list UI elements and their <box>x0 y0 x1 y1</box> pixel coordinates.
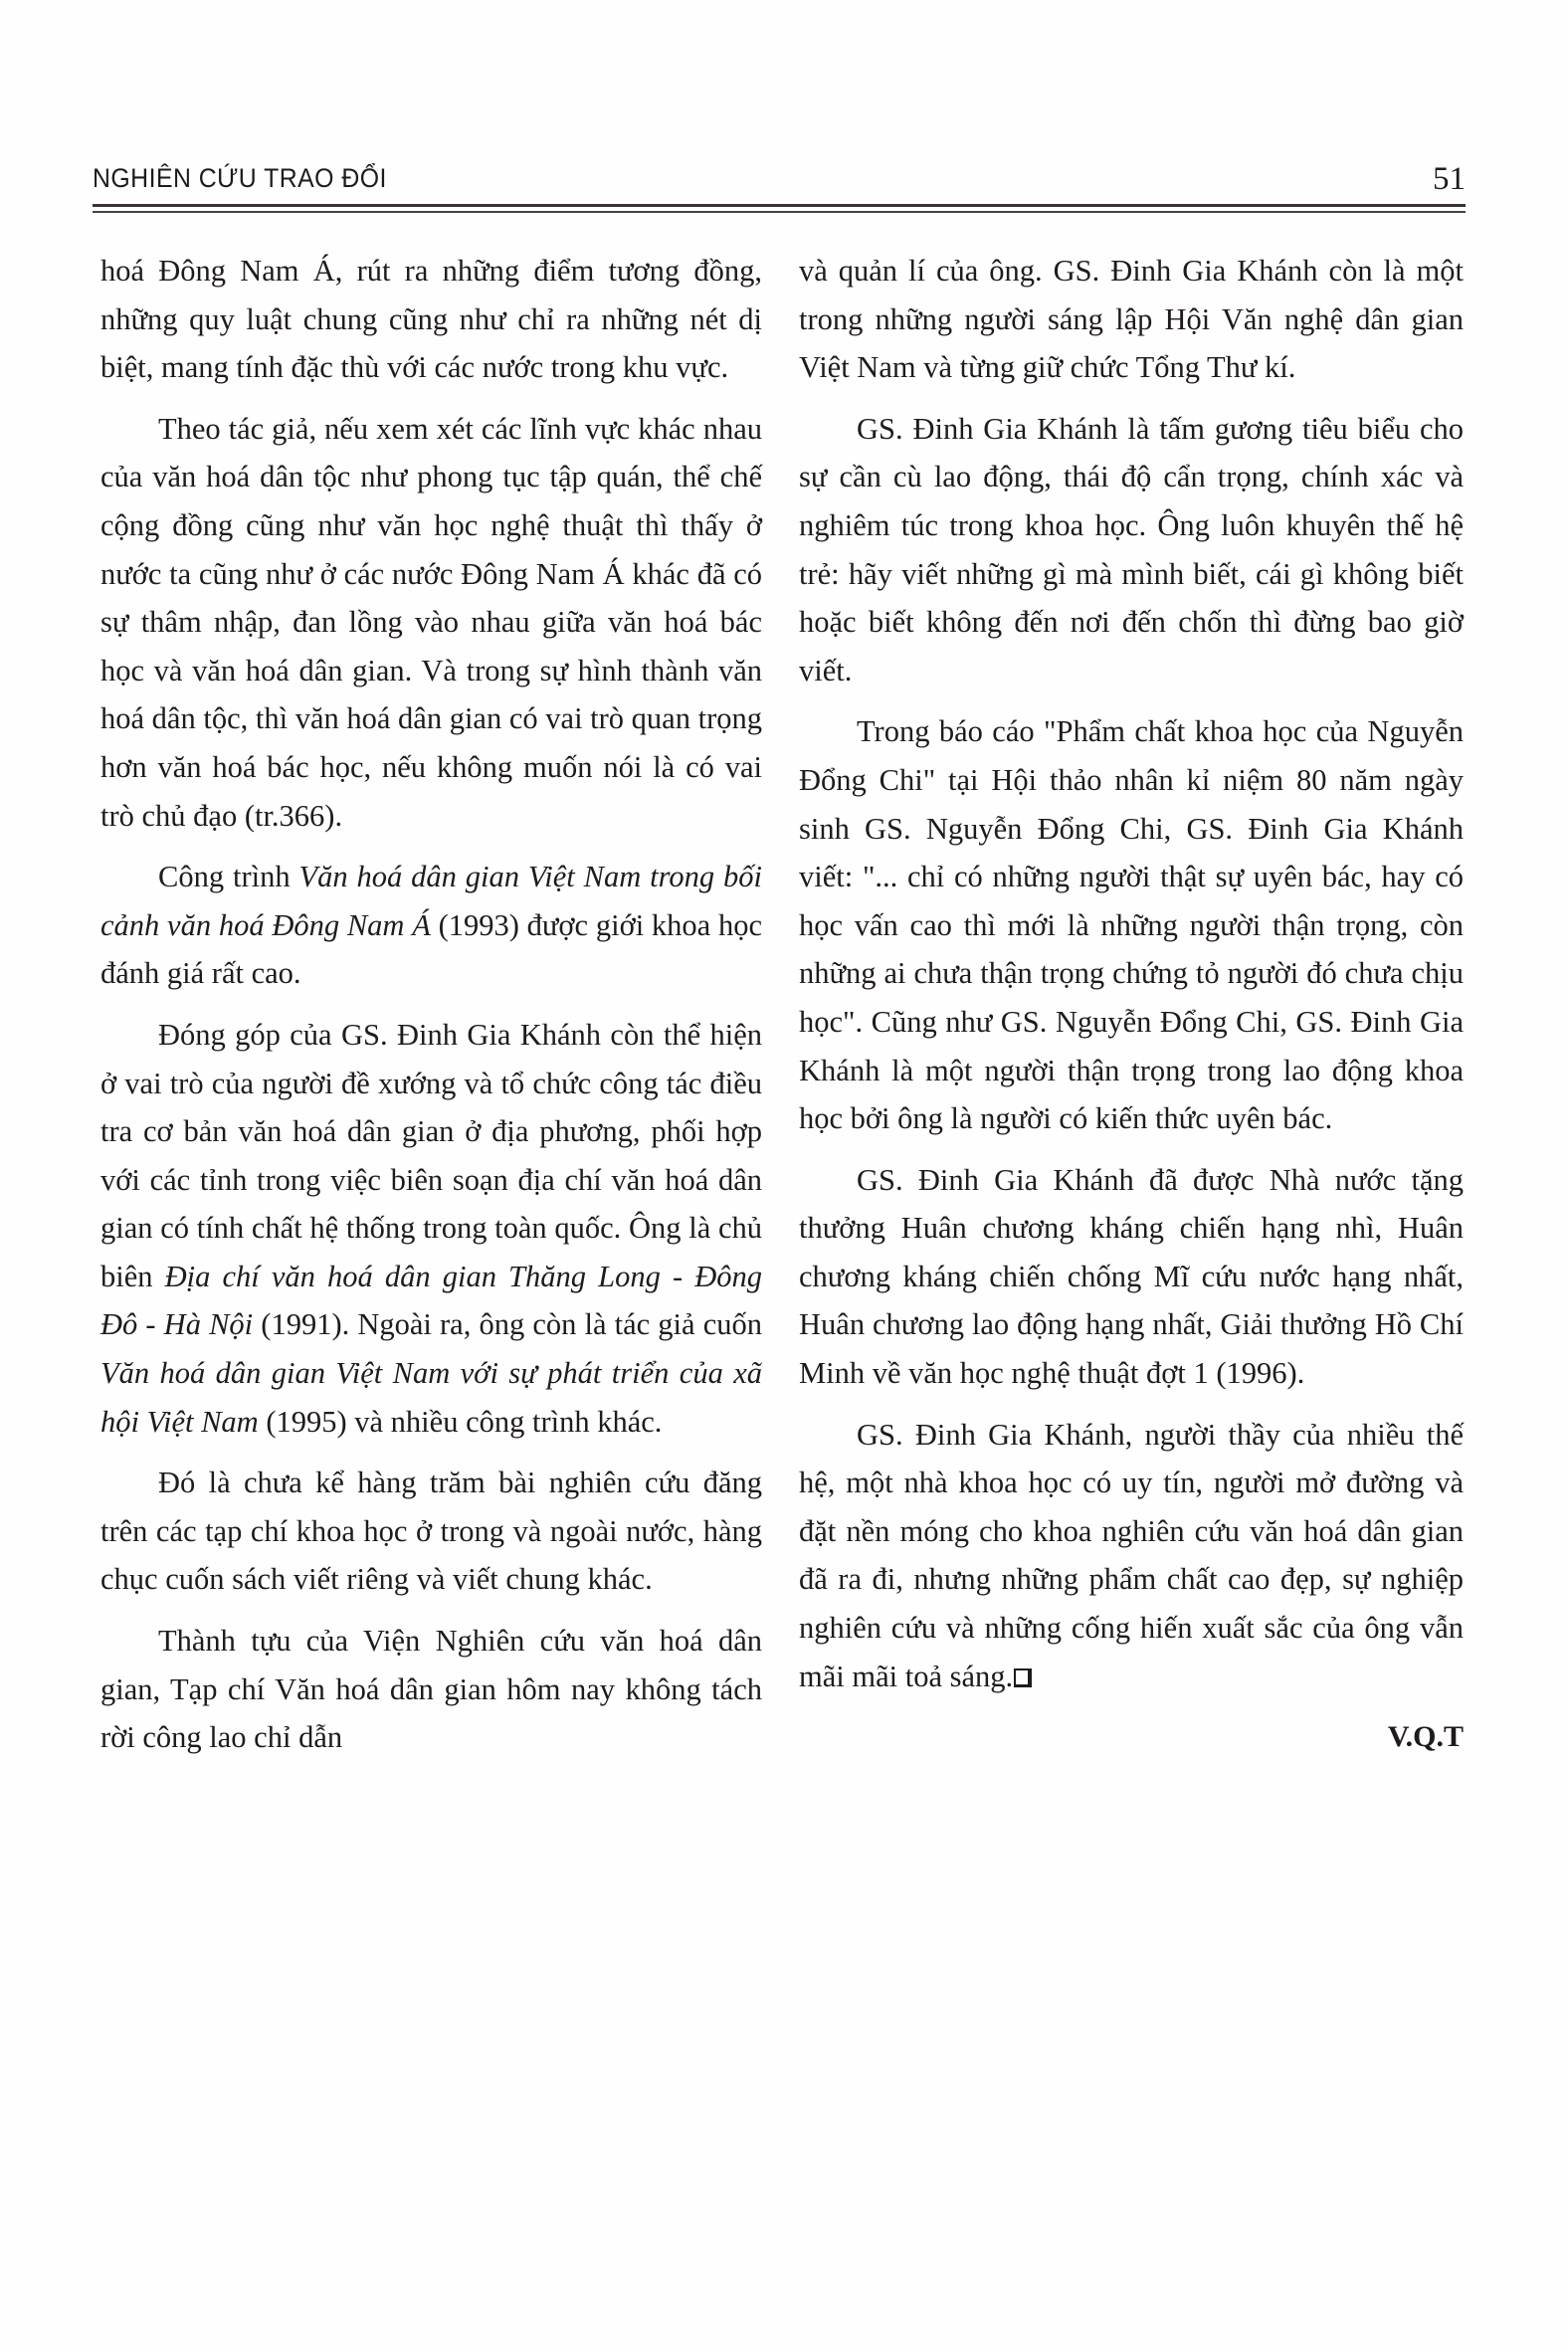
header-double-rule <box>93 204 1466 213</box>
paragraph-text: Công trình <box>158 860 298 893</box>
paragraph-text: Thành tựu của Viện Nghiên cứu văn hoá dâ… <box>100 1624 762 1754</box>
running-header: NGHIÊN CỨU TRAO ĐỔI 51 <box>93 157 1466 203</box>
page-number: 51 <box>1433 161 1466 198</box>
paragraph-text: GS. Đinh Gia Khánh đã được Nhà nước tặng… <box>799 1163 1464 1390</box>
paragraph: GS. Đinh Gia Khánh, người thầy của nhiều… <box>799 1411 1464 1701</box>
paragraph-continued: hoá Đông Nam Á, rút ra những điểm tương … <box>100 247 762 392</box>
paragraph-text: (1991). Ngoài ra, ông còn là tác giả cuố… <box>253 1307 762 1341</box>
paragraph: Đóng góp của GS. Đinh Gia Khánh còn thể … <box>100 1011 762 1446</box>
paragraph: Trong báo cáo "Phẩm chất khoa học của Ng… <box>799 707 1464 1142</box>
paragraph-text: hoá Đông Nam Á, rút ra những điểm tương … <box>100 254 762 384</box>
paragraph: GS. Đinh Gia Khánh là tấm gương tiêu biể… <box>799 405 1464 695</box>
paragraph: Theo tác giả, nếu xem xét các lĩnh vực k… <box>100 405 762 840</box>
paragraph: GS. Đinh Gia Khánh đã được Nhà nước tặng… <box>799 1156 1464 1398</box>
document-page: NGHIÊN CỨU TRAO ĐỔI 51 hoá Đông Nam Á, r… <box>0 0 1568 2352</box>
right-column: và quản lí của ông. GS. Đinh Gia Khánh c… <box>799 247 1464 1762</box>
author-signature: V.Q.T <box>799 1713 1464 1762</box>
paragraph: Đó là chưa kể hàng trăm bài nghiên cứu đ… <box>100 1459 762 1604</box>
end-of-article-square-icon <box>1014 1668 1032 1687</box>
paragraph-text: Đó là chưa kể hàng trăm bài nghiên cứu đ… <box>100 1466 762 1596</box>
left-column: hoá Đông Nam Á, rút ra những điểm tương … <box>100 247 762 1775</box>
paragraph-continued: và quản lí của ông. GS. Đinh Gia Khánh c… <box>799 247 1464 392</box>
section-title: NGHIÊN CỨU TRAO ĐỔI <box>93 163 387 194</box>
paragraph-text: Theo tác giả, nếu xem xét các lĩnh vực k… <box>100 412 762 833</box>
paragraph-text: (1995) và nhiều công trình khác. <box>259 1405 663 1439</box>
paragraph-text: GS. Đinh Gia Khánh, người thầy của nhiều… <box>799 1418 1464 1693</box>
paragraph-text: và quản lí của ông. GS. Đinh Gia Khánh c… <box>799 254 1464 384</box>
paragraph: Thành tựu của Viện Nghiên cứu văn hoá dâ… <box>100 1617 762 1762</box>
paragraph-text: Trong báo cáo "Phẩm chất khoa học của Ng… <box>799 714 1464 1135</box>
paragraph-text: Đóng góp của GS. Đinh Gia Khánh còn thể … <box>100 1018 762 1293</box>
paragraph: Công trình Văn hoá dân gian Việt Nam tro… <box>100 853 762 998</box>
paragraph-text: GS. Đinh Gia Khánh là tấm gương tiêu biể… <box>799 412 1464 687</box>
